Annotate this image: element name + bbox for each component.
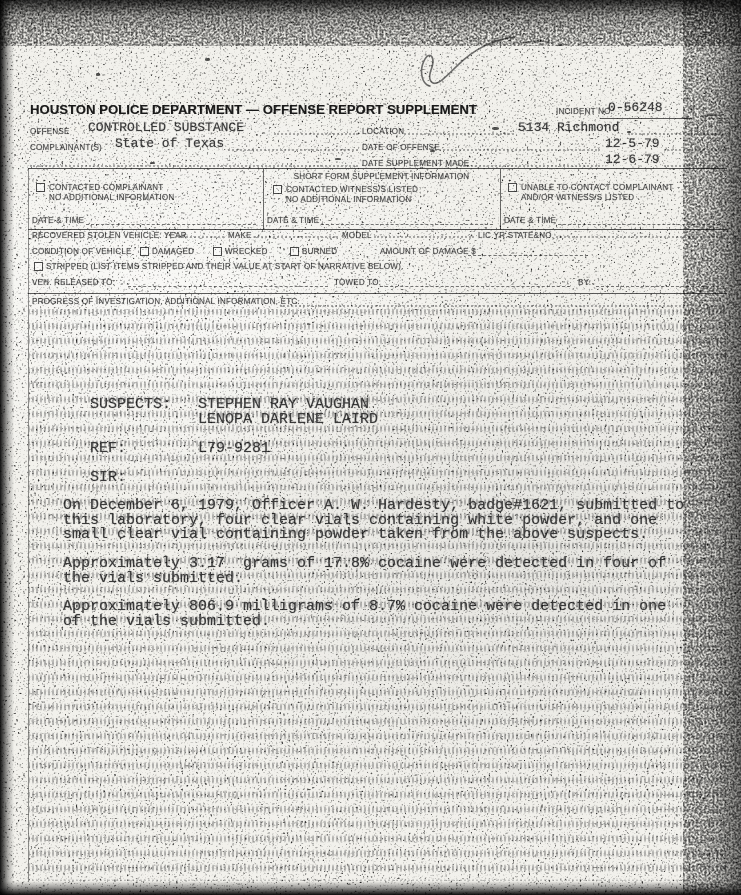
date-supplement-value: 12-6-79 — [605, 152, 660, 167]
supplement-info-box: CONTACTED COMPLAINANT NO ADDITIONAL INFO… — [28, 168, 727, 230]
ink-speck — [150, 162, 155, 164]
date-time-label: DATE & TIME — [504, 216, 556, 225]
towed-to-label: TOWED TO: — [334, 278, 381, 287]
contacted-complainant-column: CONTACTED COMPLAINANT NO ADDITIONAL INFO… — [28, 169, 263, 229]
contacted-complainant-label: CONTACTED COMPLAINANT — [49, 183, 163, 192]
vehicle-section: RECOVERED STOLEN VEHICLE: YEAR MAKE MODE… — [28, 228, 727, 294]
by-label: BY: — [578, 278, 591, 287]
checkbox-icon — [508, 183, 517, 192]
contacted-witness-label: CONTACTED WITNESS/S LISTED — [286, 185, 418, 194]
checkbox-icon — [273, 185, 282, 194]
stripped-checkbox-icon — [34, 262, 43, 271]
stripped-label: STRIPPED (LIST ITEMS STRIPPED AND THEIR … — [46, 262, 401, 271]
form-left-border — [28, 168, 29, 882]
checkbox-icon — [36, 183, 45, 192]
dotted-leader — [228, 137, 358, 151]
complainant-label: COMPLAINANT(S) — [30, 143, 102, 152]
date-supplement-label: DATE SUPPLEMENT MADE — [362, 159, 469, 168]
dotted-leader — [254, 224, 338, 238]
dotted-leader — [374, 224, 474, 238]
and-or-witness-label: AND/OR WITNESS/S LISTED — [521, 193, 634, 202]
narrative-line: the vials submitted. — [63, 570, 243, 587]
ink-speck — [430, 150, 435, 152]
date-supplement-row: DATE SUPPLEMENT MADE 12-6-79 — [28, 152, 727, 168]
offense-label: OFFENSE — [30, 127, 70, 136]
contacted-witness-column: SHORT FORM SUPPLEMENT INFORMATION CONTAC… — [263, 169, 500, 229]
offense-value: CONTROLLED SUBSTANCE — [88, 120, 244, 135]
location-label: LOCATION — [362, 127, 404, 136]
make-label: MAKE — [228, 231, 252, 240]
date-time-label: DATE & TIME — [32, 216, 84, 225]
short-form-header: SHORT FORM SUPPLEMENT INFORMATION — [263, 172, 500, 181]
ink-speck — [335, 158, 341, 160]
no-additional-info-label: NO ADDITIONAL INFORMATION — [286, 195, 411, 204]
dotted-leader — [178, 224, 224, 238]
narrative-line: small clear vial containing powder taken… — [63, 526, 648, 543]
dotted-leader — [274, 121, 358, 135]
progress-label: PROGRESS OF INVESTIGATION, ADDITIONAL IN… — [32, 297, 300, 306]
dotted-leader — [460, 153, 600, 167]
incident-no-underline — [600, 118, 692, 119]
dotted-leader — [280, 293, 724, 307]
location-value: 5134 Richmond — [518, 120, 619, 135]
damaged-label: DAMAGED — [152, 247, 194, 256]
recovered-vehicle-label: RECOVERED STOLEN VEHICLE: YEAR — [32, 231, 187, 240]
dotted-leader — [556, 224, 722, 238]
wrecked-label: WRECKED — [225, 247, 268, 256]
handwritten-mark — [398, 28, 558, 92]
narrative-area — [29, 309, 727, 881]
dotted-leader — [664, 137, 724, 151]
ink-speck — [558, 44, 562, 46]
complainant-value: State of Texas — [115, 136, 224, 151]
model-label: MODEL — [342, 231, 372, 240]
damaged-checkbox-icon — [140, 247, 149, 256]
ink-speck — [627, 131, 631, 133]
offense-row: OFFENSE CONTROLLED SUBSTANCE LOCATION 51… — [28, 120, 727, 136]
burned-checkbox-icon — [290, 247, 299, 256]
ink-speck — [205, 58, 210, 61]
unable-to-contact-label: UNABLE TO CONTACT COMPLAINANT — [521, 183, 673, 192]
amount-line — [468, 243, 588, 256]
ink-speck — [96, 73, 100, 76]
no-additional-info-label: NO ADDITIONAL INFORMATION — [49, 193, 174, 202]
dotted-leader — [628, 121, 724, 135]
amount-of-damage-label: AMOUNT OF DAMAGE $ — [380, 247, 476, 256]
date-of-offense-value: 12-5-79 — [605, 136, 660, 151]
form-title: HOUSTON POLICE DEPARTMENT — OFFENSE REPO… — [30, 102, 477, 117]
released-to-label: VEH. RELEASED TO: — [32, 278, 115, 287]
by-line — [596, 274, 724, 287]
condition-label: CONDITION OF VEHICLE — [32, 247, 132, 256]
dotted-leader — [30, 153, 358, 167]
towed-to-line — [380, 274, 570, 287]
narrative-line: LENOPA DARLENE LAIRD — [198, 411, 378, 428]
date-of-offense-label: DATE OF OFFENSE — [362, 143, 440, 152]
released-to-line — [128, 274, 328, 287]
narrative-line: REF: L79-9281 — [90, 440, 270, 457]
progress-row: PROGRESS OF INVESTIGATION, ADDITIONAL IN… — [28, 294, 727, 308]
dotted-leader — [664, 153, 724, 167]
narrative-line: of the vials submitted. — [63, 613, 270, 630]
date-time-line — [86, 212, 256, 225]
incident-no-value: 0-56248 — [608, 100, 663, 115]
complainant-row: COMPLAINANT(S) State of Texas DATE OF OF… — [28, 136, 727, 152]
unable-to-contact-column: UNABLE TO CONTACT COMPLAINANT AND/OR WIT… — [500, 169, 727, 229]
ink-speck — [492, 127, 499, 130]
wrecked-checkbox-icon — [213, 247, 222, 256]
dotted-leader — [432, 137, 600, 151]
license-label: LIC.YR.STATE&NO. — [478, 231, 554, 240]
narrative-line: SIR: — [90, 469, 126, 486]
scanned-offense-report: HOUSTON POLICE DEPARTMENT — OFFENSE REPO… — [0, 0, 741, 895]
incident-no-label: INCIDENT NO. — [556, 107, 613, 116]
burned-label: BURNED — [302, 247, 337, 256]
